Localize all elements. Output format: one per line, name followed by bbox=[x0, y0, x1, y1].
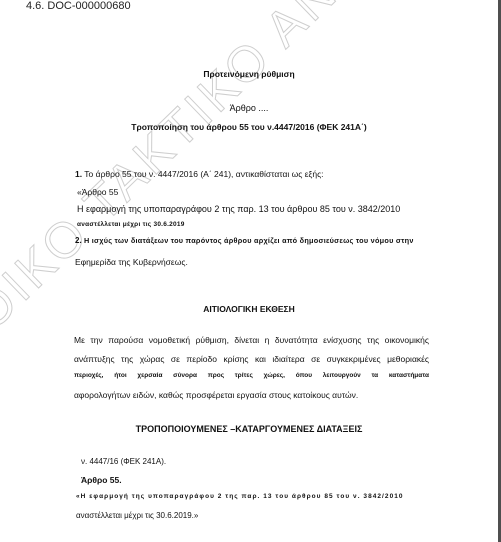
amended-line-2: αναστέλλεται μέχρι τις 30.6.2019.» bbox=[76, 512, 198, 520]
quote-line-1: Η εφαρμογή της υποπαραγράφου 2 της παρ. … bbox=[77, 205, 400, 214]
article-subtitle: Τροποποίηση του άρθρου 55 του ν.4447/201… bbox=[0, 123, 498, 132]
amended-provisions-heading: ΤΡΟΠΟΠΟΙΟΥΜΕΝΕΣ –ΚΑΤΑΡΓΟΥΜΕΝΕΣ ΔΙΑΤΑΞΕΙΣ bbox=[0, 425, 498, 434]
report-line-1: Με την παρούσα νομοθετική ρύθμιση, δίνετ… bbox=[74, 336, 429, 345]
report-line-4: αφορολογήτων ειδών, καθώς προσφέρεται ερ… bbox=[74, 391, 358, 400]
paragraph-2-line-2: Εφημερίδα της Κυβερνήσεως. bbox=[75, 258, 188, 267]
quote-line-2: αναστέλλεται μέχρι τις 30.6.2019 bbox=[77, 222, 185, 229]
paragraph-2: 2. Η ισχύς των διατάξεων του παρόντος άρ… bbox=[75, 237, 414, 245]
explanatory-report-heading: ΑΙΤΙΟΛΟΓΙΚΗ ΕΚΘΕΣΗ bbox=[0, 305, 498, 314]
article-heading: Άρθρο .... bbox=[0, 104, 498, 113]
document-title: Προτεινόμενη ρύθμιση bbox=[0, 70, 498, 79]
paragraph-2-number: 2. bbox=[75, 236, 82, 245]
paragraph-1: 1. Το άρθρο 55 του ν. 4447/2016 (Α΄ 241)… bbox=[75, 170, 324, 179]
paragraph-1-text: Το άρθρο 55 του ν. 4447/2016 (Α΄ 241), α… bbox=[82, 169, 323, 179]
document-id: 4.6. DOC-000000680 bbox=[26, 1, 131, 12]
paragraph-2-line-1: Η ισχύς των διατάξεων του παρόντος άρθρο… bbox=[82, 236, 414, 245]
amended-article: Άρθρο 55. bbox=[81, 476, 122, 485]
law-reference: ν. 4447/16 (ΦΕΚ 241Α). bbox=[81, 458, 166, 466]
quote-heading: «Άρθρο 55 bbox=[77, 188, 118, 197]
amended-line-1: «Η εφαρμογή της υποπαραγράφου 2 της παρ.… bbox=[76, 494, 404, 501]
report-line-3: περιοχές, ήτοι χερσαία σύνορα προς τρίτε… bbox=[74, 373, 429, 380]
report-line-2: ανάπτυξης της χώρας σε περίοδο κρίσης κα… bbox=[74, 355, 429, 364]
